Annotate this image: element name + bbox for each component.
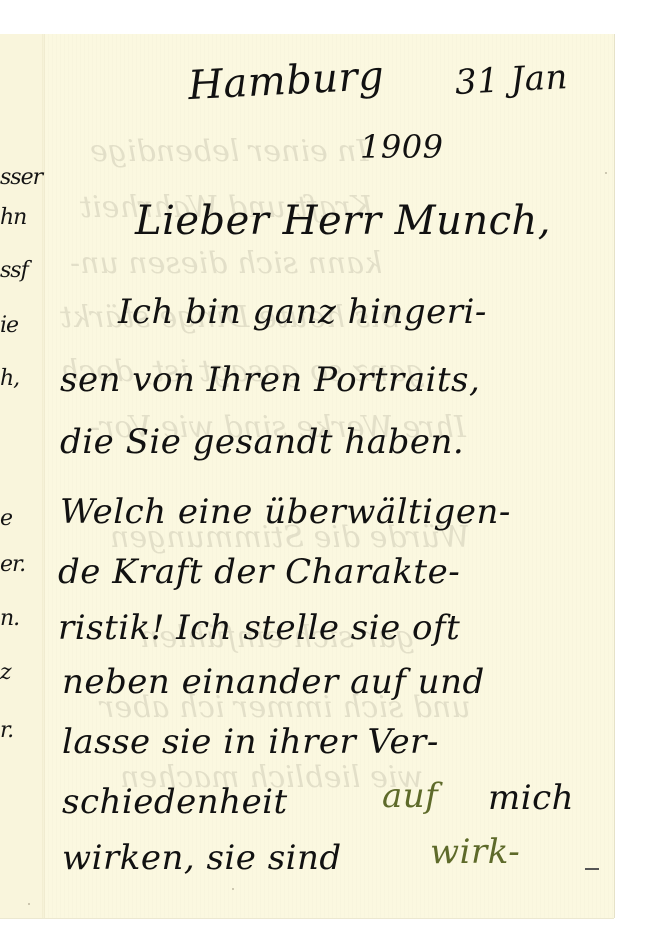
left-fragment: n.: [0, 606, 19, 631]
left-fragment: h,: [0, 366, 19, 391]
body-line: ristik! Ich stelle sie oft: [58, 608, 460, 648]
body-line: lasse sie in ihrer Ver-: [62, 722, 439, 762]
paper-speck: [605, 172, 607, 174]
bleed-through-text: kann sich diesen un-: [70, 246, 382, 281]
hyphen-mark: [585, 868, 599, 870]
left-fragment: ssf: [0, 258, 28, 283]
body-line: schiedenheit: [62, 782, 288, 822]
body-line: neben einander auf und: [62, 662, 485, 702]
body-word-green: auf: [382, 776, 438, 816]
letter-year: 1909: [360, 128, 443, 166]
left-fragment: e: [0, 506, 12, 531]
body-line: wirken, sie sind: [62, 838, 342, 878]
body-line: de Kraft der Charakte-: [58, 552, 460, 592]
body-line: mich: [488, 778, 574, 818]
body-line: Welch eine überwältigen-: [60, 492, 511, 532]
body-line: sen von Ihren Portraits,: [60, 360, 480, 400]
bleed-through-text: In einer lebendige: [90, 134, 368, 169]
salutation: Lieber Herr Munch,: [135, 198, 551, 244]
left-fragment: ie: [0, 313, 18, 338]
paper-fold: [42, 34, 45, 918]
left-fragment: hn: [0, 205, 26, 230]
paper-speck: [28, 903, 30, 905]
left-fragment: z: [0, 660, 11, 685]
letter-date: 31 Jan: [454, 57, 569, 103]
body-line: Ich bin ganz hingeri-: [118, 292, 487, 332]
body-line: die Sie gesandt haben.: [60, 422, 464, 462]
left-fragment: er.: [0, 552, 25, 577]
left-fragment: r.: [0, 718, 13, 743]
left-fragment: sser: [0, 165, 42, 190]
scanned-letter: sser hn ssf ie h, e er. n. z r. In einer…: [0, 0, 648, 950]
body-word-green: wirk-: [430, 832, 520, 872]
paper-speck: [232, 888, 234, 890]
